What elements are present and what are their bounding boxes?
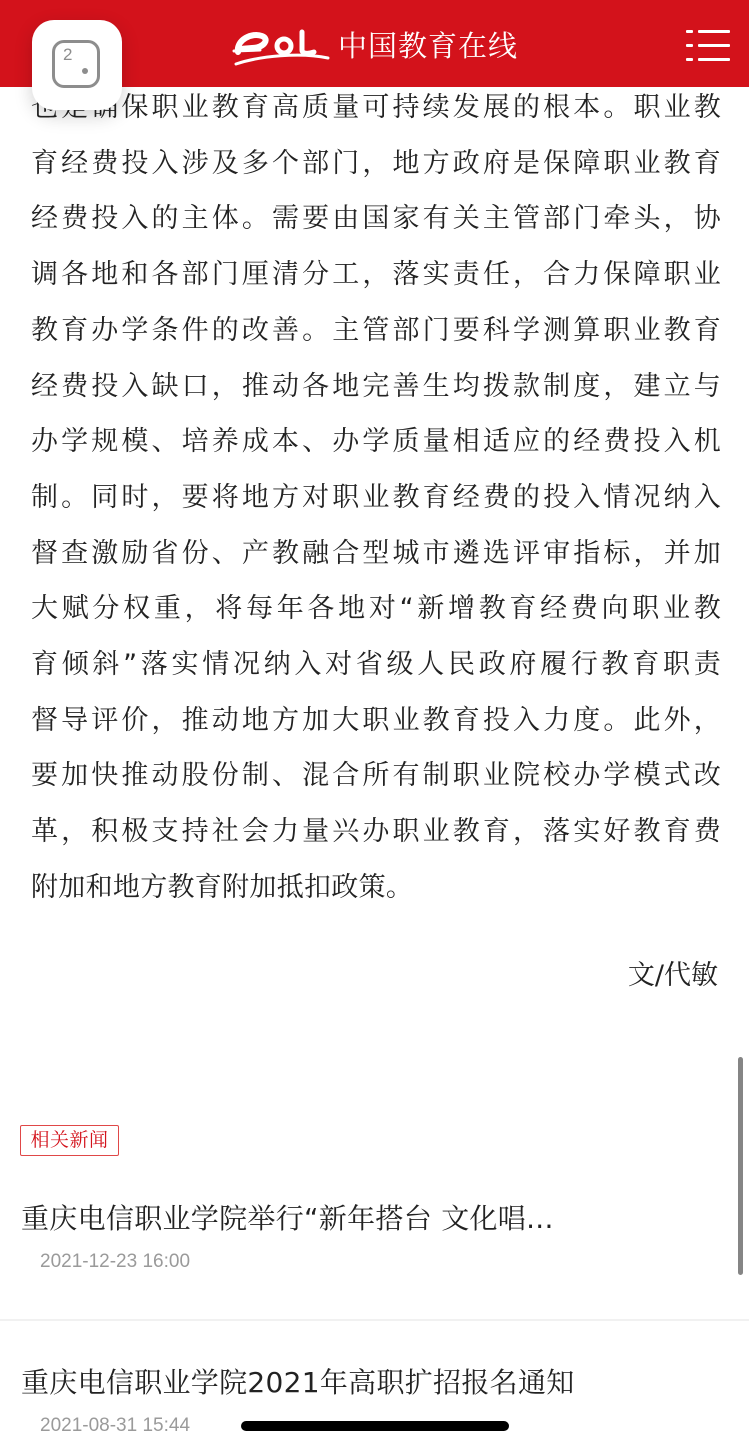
related-news-item[interactable]: 重庆电信职业学院举行“新年搭台 文化唱... 2021-12-23 16:00 bbox=[0, 1185, 749, 1315]
related-news-tag: 相关新闻 bbox=[20, 1125, 119, 1156]
menu-button[interactable] bbox=[686, 28, 730, 62]
article-line: 制。同时，要将地方对职业教育经费的投入情况纳入 bbox=[31, 470, 721, 526]
news-date: 2021-08-31 15:44 bbox=[40, 1415, 190, 1437]
news-title[interactable]: 重庆电信职业学院举行“新年搭台 文化唱... bbox=[21, 1197, 554, 1237]
news-date: 2021-12-23 16:00 bbox=[40, 1251, 190, 1273]
article-line: 大赋分权重，将每年各地对“新增教育经费向职业教 bbox=[31, 581, 721, 637]
article-line: 办学规模、培养成本、办学质量相适应的经费投入机 bbox=[31, 414, 721, 470]
article-line: 经费投入的主体。需要由国家有关主管部门牵头，协 bbox=[31, 191, 721, 247]
site-title: 中国教育在线 bbox=[338, 22, 518, 70]
tab-count-icon: 2 bbox=[52, 40, 100, 88]
article-line: 督查激励省份、产教融合型城市遴选评审指标，并加 bbox=[31, 526, 721, 582]
article-line: 经费投入缺口，推动各地完善生均拨款制度，建立与 bbox=[31, 359, 721, 415]
scrollbar[interactable] bbox=[738, 1057, 743, 1275]
floating-tab-button[interactable]: 2 bbox=[32, 20, 122, 110]
related-news-item[interactable]: 重庆电信职业学院2021年高职扩招报名通知 2021-08-31 15:44 bbox=[0, 1350, 749, 1446]
article-line: 要加快推动股份制、混合所有制职业院校办学模式改 bbox=[31, 748, 721, 804]
tab-count: 2 bbox=[63, 45, 72, 65]
article-line: 也是确保职业教育高质量可持续发展的根本。职业教 bbox=[31, 80, 721, 136]
article-line: 附加和地方教育附加抵扣政策。 bbox=[31, 860, 721, 916]
article-line: 调各地和各部门厘清分工，落实责任，合力保障职业 bbox=[31, 247, 721, 303]
article-author: 文/代敏 bbox=[628, 948, 718, 1003]
article-line: 革，积极支持社会力量兴办职业教育，落实好教育费 bbox=[31, 804, 721, 860]
article-line: 督导评价，推动地方加大职业教育投入力度。此外， bbox=[31, 693, 721, 749]
article-line: 育倾斜”落实情况纳入对省级人民政府履行教育职责 bbox=[31, 637, 721, 693]
article-body: 也是确保职业教育高质量可持续发展的根本。职业教 育经费投入涉及多个部门，地方政府… bbox=[31, 80, 721, 916]
article-line: 育经费投入涉及多个部门，地方政府是保障职业教育 bbox=[31, 136, 721, 192]
eol-logo-icon bbox=[230, 22, 330, 70]
article-line: 教育办学条件的改善。主管部门要科学测算职业教育 bbox=[31, 303, 721, 359]
list-divider bbox=[0, 1319, 749, 1321]
news-title[interactable]: 重庆电信职业学院2021年高职扩招报名通知 bbox=[21, 1361, 575, 1401]
site-logo[interactable]: 中国教育在线 bbox=[230, 22, 518, 70]
home-indicator[interactable] bbox=[241, 1421, 509, 1431]
